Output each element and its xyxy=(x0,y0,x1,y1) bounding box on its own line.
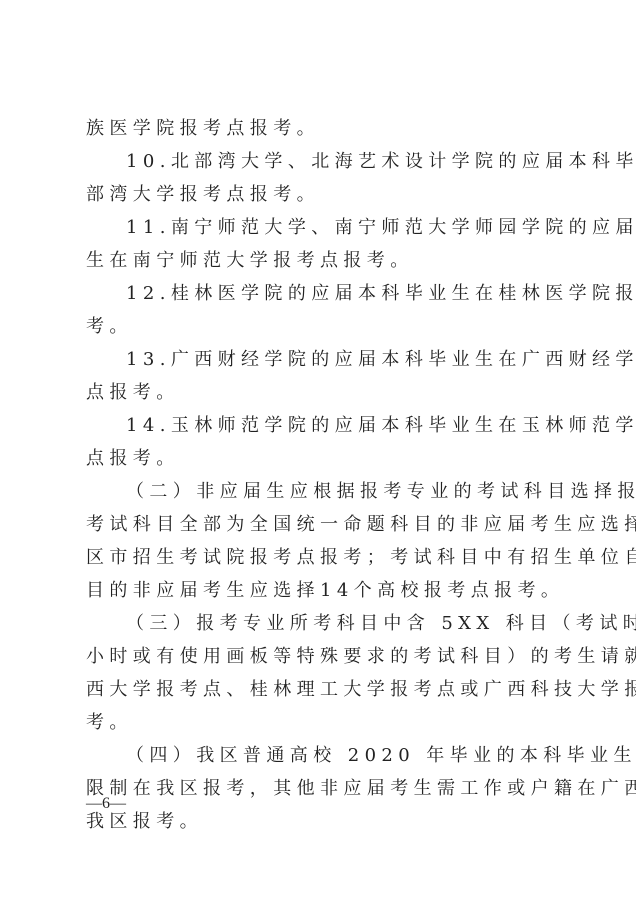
text-line: 目的非应届考生应选择14个高校报考点报考。 xyxy=(86,574,552,607)
text-line: 我区报考。 xyxy=(86,805,552,838)
text-line: 13.广西财经学院的应届本科毕业生在广西财经学院报考 xyxy=(86,343,552,376)
text-line: 小时或有使用画板等特殊要求的考试科目）的考生请就近到广 xyxy=(86,640,552,673)
text-line: 限制在我区报考，其他非应届考生需工作或户籍在广西才可在 xyxy=(86,772,552,805)
document-page: 族医学院报考点报考。 10.北部湾大学、北海艺术设计学院的应届本科毕业生在北 部… xyxy=(0,0,636,900)
text-line: （二）非应届生应根据报考专业的考试科目选择报考点。 xyxy=(86,475,552,508)
text-line: 点报考。 xyxy=(86,376,552,409)
text-line: 11.南宁师范大学、南宁师范大学师园学院的应届本科毕业 xyxy=(86,211,552,244)
document-body: 族医学院报考点报考。 10.北部湾大学、北海艺术设计学院的应届本科毕业生在北 部… xyxy=(86,112,552,838)
text-line: 区市招生考试院报考点报考；考试科目中有招生单位自命题科 xyxy=(86,541,552,574)
text-line: （三）报考专业所考科目中含 5XX 科目（考试时间超过 3 xyxy=(86,607,552,640)
text-line: 族医学院报考点报考。 xyxy=(86,112,552,145)
text-line: 考试科目全部为全国统一命题科目的非应届考生应选择 5 个设 xyxy=(86,508,552,541)
text-line: 部湾大学报考点报考。 xyxy=(86,178,552,211)
text-line: （四）我区普通高校 2020 年毕业的本科毕业生可不受户籍 xyxy=(86,739,552,772)
text-line: 西大学报考点、桂林理工大学报考点或广西科技大学报考点报 xyxy=(86,673,552,706)
text-line: 考。 xyxy=(86,706,552,739)
text-line: 考。 xyxy=(86,310,552,343)
text-line: 10.北部湾大学、北海艺术设计学院的应届本科毕业生在北 xyxy=(86,145,552,178)
text-line: 点报考。 xyxy=(86,442,552,475)
text-line: 生在南宁师范大学报考点报考。 xyxy=(86,244,552,277)
page-number: —6— xyxy=(86,795,126,813)
text-line: 14.玉林师范学院的应届本科毕业生在玉林师范学院报考 xyxy=(86,409,552,442)
text-line: 12.桂林医学院的应届本科毕业生在桂林医学院报考点报 xyxy=(86,277,552,310)
